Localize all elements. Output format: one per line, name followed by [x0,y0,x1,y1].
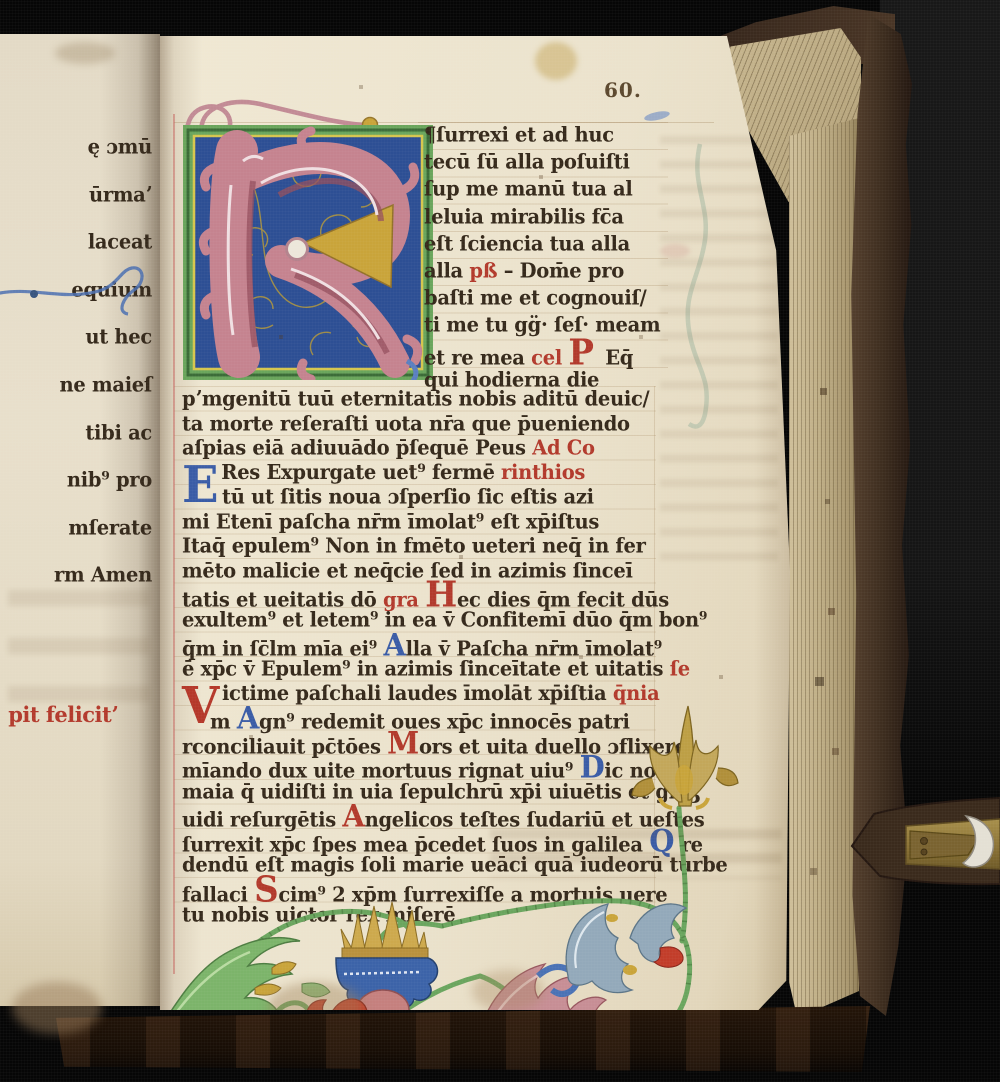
body-line: maia q̄ uidiſti in uia ſepulchrū xp̄i ui… [182,780,699,803]
left-page-line: nib⁹ pro [67,469,152,492]
left-page-line: ę ɔmū [88,135,152,158]
body-line: tu nobis uictor rex miſerē [182,903,455,926]
left-page: ę ɔmūūrmaʼlaceatequiumut hecne maieſtibi… [0,34,160,1006]
body-line: mi Etenī paſcha nr̄m īmolat⁹ eſt xp̄iſtu… [182,510,599,533]
green-margin-flourish [688,144,707,426]
white-pearl [287,239,308,260]
body-line: m Agn⁹ redemit oues xp̄c innocēs patri [210,706,630,733]
manuscript-photograph: ę ɔmūūrmaʼlaceatequiumut hecne maieſtibi… [0,0,1000,1082]
stain [660,244,690,258]
body-line: Itaq̄ epulem⁹ Non in fmēto ueteri neq̄ i… [182,535,646,558]
rivet [921,838,928,845]
left-page-line: ut hec [85,326,152,349]
left-page-line: rm Amen [54,564,152,587]
leather-cover-bottom [56,1006,870,1072]
pink-acanthus [480,964,606,1010]
intro-line: ¶ſurrexi et ad huc [424,123,614,146]
intro-line: ſup me manū tua al [424,178,632,201]
red-hook [654,947,683,967]
rivet [921,849,927,855]
blue-gray-acanthus [566,904,686,993]
ruling-line-vertical [173,114,175,974]
red-curl-leaf [307,999,367,1010]
clasp [840,788,1000,894]
left-page-line: ūrmaʼ [89,183,152,206]
body-line: rconciliauit pc̄tōes Mors et uita duello… [182,731,687,758]
fore-edge-specks [800,350,803,353]
folio-number: 60. [604,78,642,102]
show-through-text [660,136,778,566]
stain [55,42,115,64]
stain [535,42,577,80]
illuminated-initial-R [183,125,433,380]
pink-flower-ball [357,990,409,1010]
fly-specks [160,36,162,38]
body-line: ta morte reſeraſti uota nr̄a que p̄uenie… [182,412,630,435]
body-line: uidi reſurgētis Angelicos teſtes ſudariū… [182,805,704,832]
intro-line: ti me tu gg̈· ſeſ· meam [424,314,660,337]
body-line: tū ut ſitis noua ɔſperſio ſic eſtis azi [222,486,594,509]
intro-line: tecū ſū alla poſuiſti [424,151,630,174]
body-line: exultem⁹ et letem⁹ in ea v̄ Confitemī dū… [182,608,707,631]
flourish-dot [30,290,38,298]
intro-line: et re mea cel P Eq̄ [424,341,633,369]
stain [472,970,544,1012]
explicit-rubric: pit felicitʼ [8,702,118,727]
left-page-line: mſerate [68,516,152,539]
left-page-line: ne maieſ [60,373,152,396]
body-line: aſpias eiā adiuuādo p̄ſequē Peus Ad Co [182,437,595,460]
body-line: mēto malicie et neq̄cie ſed in azimis ſi… [182,559,633,582]
blue-pen-flourish [0,256,160,316]
intro-line: baſti me et cognouiſ/ [424,287,646,310]
blue-smudge [643,109,670,122]
body-line: pʼmgenitū tuū eternitatis nobis aditū de… [182,387,649,410]
intro-line: leluia mirabilis fc̄a [424,205,624,228]
green-acanthus-leaf [160,938,330,1010]
right-page: 60. [160,36,790,1010]
blue-curl [538,967,577,994]
body-line: ē xp̄c v̄ Epulem⁹ in azimis ſinceītate e… [182,657,690,680]
intro-line: eſt ſciencia tua alla [424,232,630,255]
left-page-line: tibi ac [85,421,152,444]
intro-line: alla pß – Dom̄e pro [424,259,624,282]
left-page-line: laceat [88,231,152,254]
